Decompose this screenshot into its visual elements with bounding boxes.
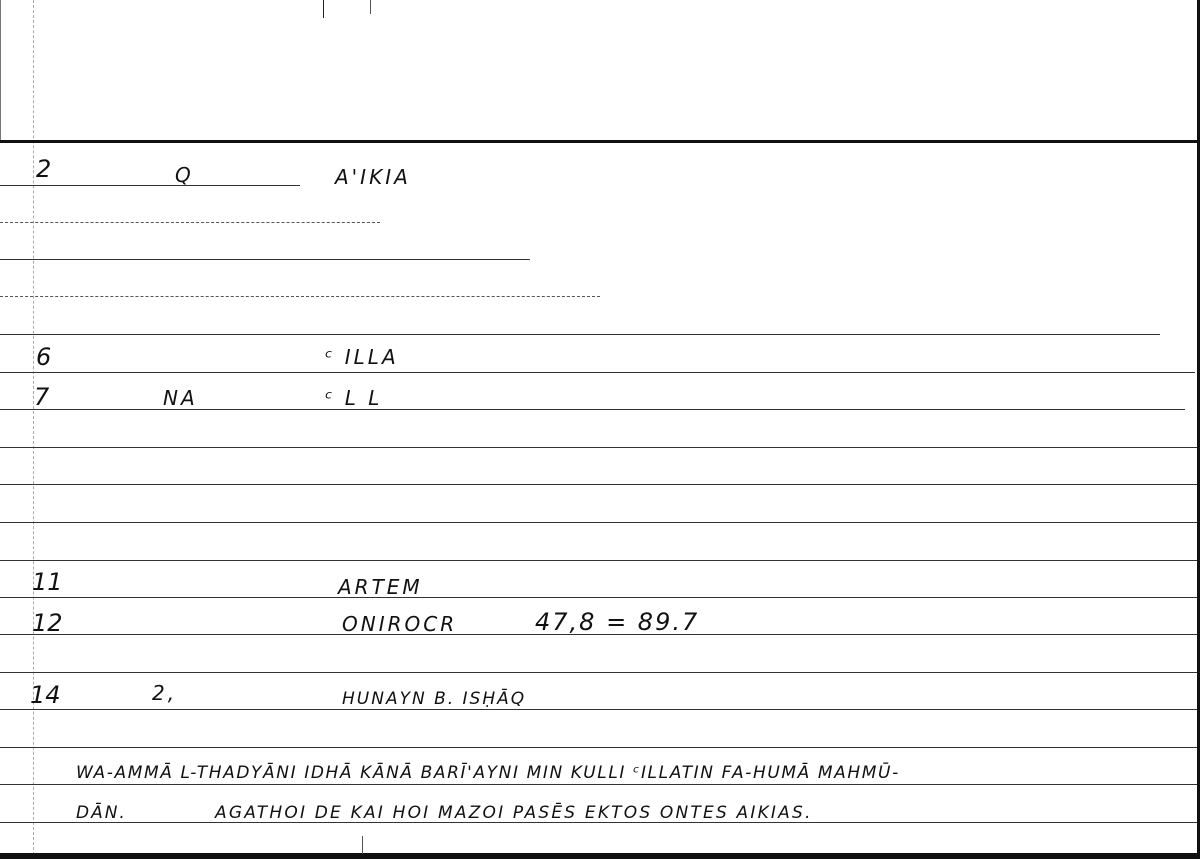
quote-line-2: AGATHOI DE KAI HOI MAZOI PASĒS EKTOS ONT… xyxy=(215,805,813,822)
row-number: 7 xyxy=(34,385,49,409)
column-marker: Q xyxy=(175,165,194,185)
row-number: 2 xyxy=(36,157,51,181)
scan-mark xyxy=(323,0,324,18)
column-marker: NA xyxy=(163,388,198,408)
rule-line xyxy=(0,259,530,260)
entry-text: ARTEM xyxy=(338,577,423,597)
rule-line xyxy=(0,447,1197,448)
header-rule xyxy=(0,140,1200,143)
rule-line xyxy=(0,709,1197,710)
row-number: 6 xyxy=(36,345,51,369)
rule-line xyxy=(0,560,1197,561)
margin-line xyxy=(33,0,35,855)
quote-line-1: WA-AMMĀ L-THADYĀNI IDHĀ KĀNĀ BARĪ'AYNI M… xyxy=(76,765,900,782)
rule-line xyxy=(0,296,600,297)
scan-mark xyxy=(370,0,371,14)
rule-line xyxy=(0,784,1197,785)
row-number: 12 xyxy=(32,611,63,635)
entry-text: ONIROCR xyxy=(342,614,457,634)
scan-mark xyxy=(362,836,363,854)
rule-line xyxy=(0,597,1197,598)
row-number: 11 xyxy=(32,570,63,594)
card-bottom-edge xyxy=(0,853,1200,859)
column-marker: 2, xyxy=(152,683,177,703)
rule-line xyxy=(0,747,1197,748)
rule-line xyxy=(0,372,1195,373)
rule-line xyxy=(0,672,1197,673)
entry-text: ᶜ L L xyxy=(325,388,382,408)
rule-line xyxy=(0,522,1197,523)
quote-line-2-start: DĀN. xyxy=(76,805,127,822)
reference-number: 47,8 = 89.7 xyxy=(535,610,699,634)
entry-text: HUNAYN B. ISḤĀQ xyxy=(342,691,526,708)
entry-text: ᶜ ILLA xyxy=(325,347,399,367)
rule-line xyxy=(0,484,1197,485)
rule-line xyxy=(0,222,380,223)
rule-line xyxy=(0,334,1160,335)
rule-line xyxy=(0,185,300,186)
row-number: 14 xyxy=(30,683,61,707)
card-left-edge xyxy=(0,0,1,140)
index-card: 2 Q A'IKIA 6 ᶜ ILLA 7 NA ᶜ L L 11 ARTEM … xyxy=(0,0,1200,859)
entry-text: A'IKIA xyxy=(335,167,411,187)
